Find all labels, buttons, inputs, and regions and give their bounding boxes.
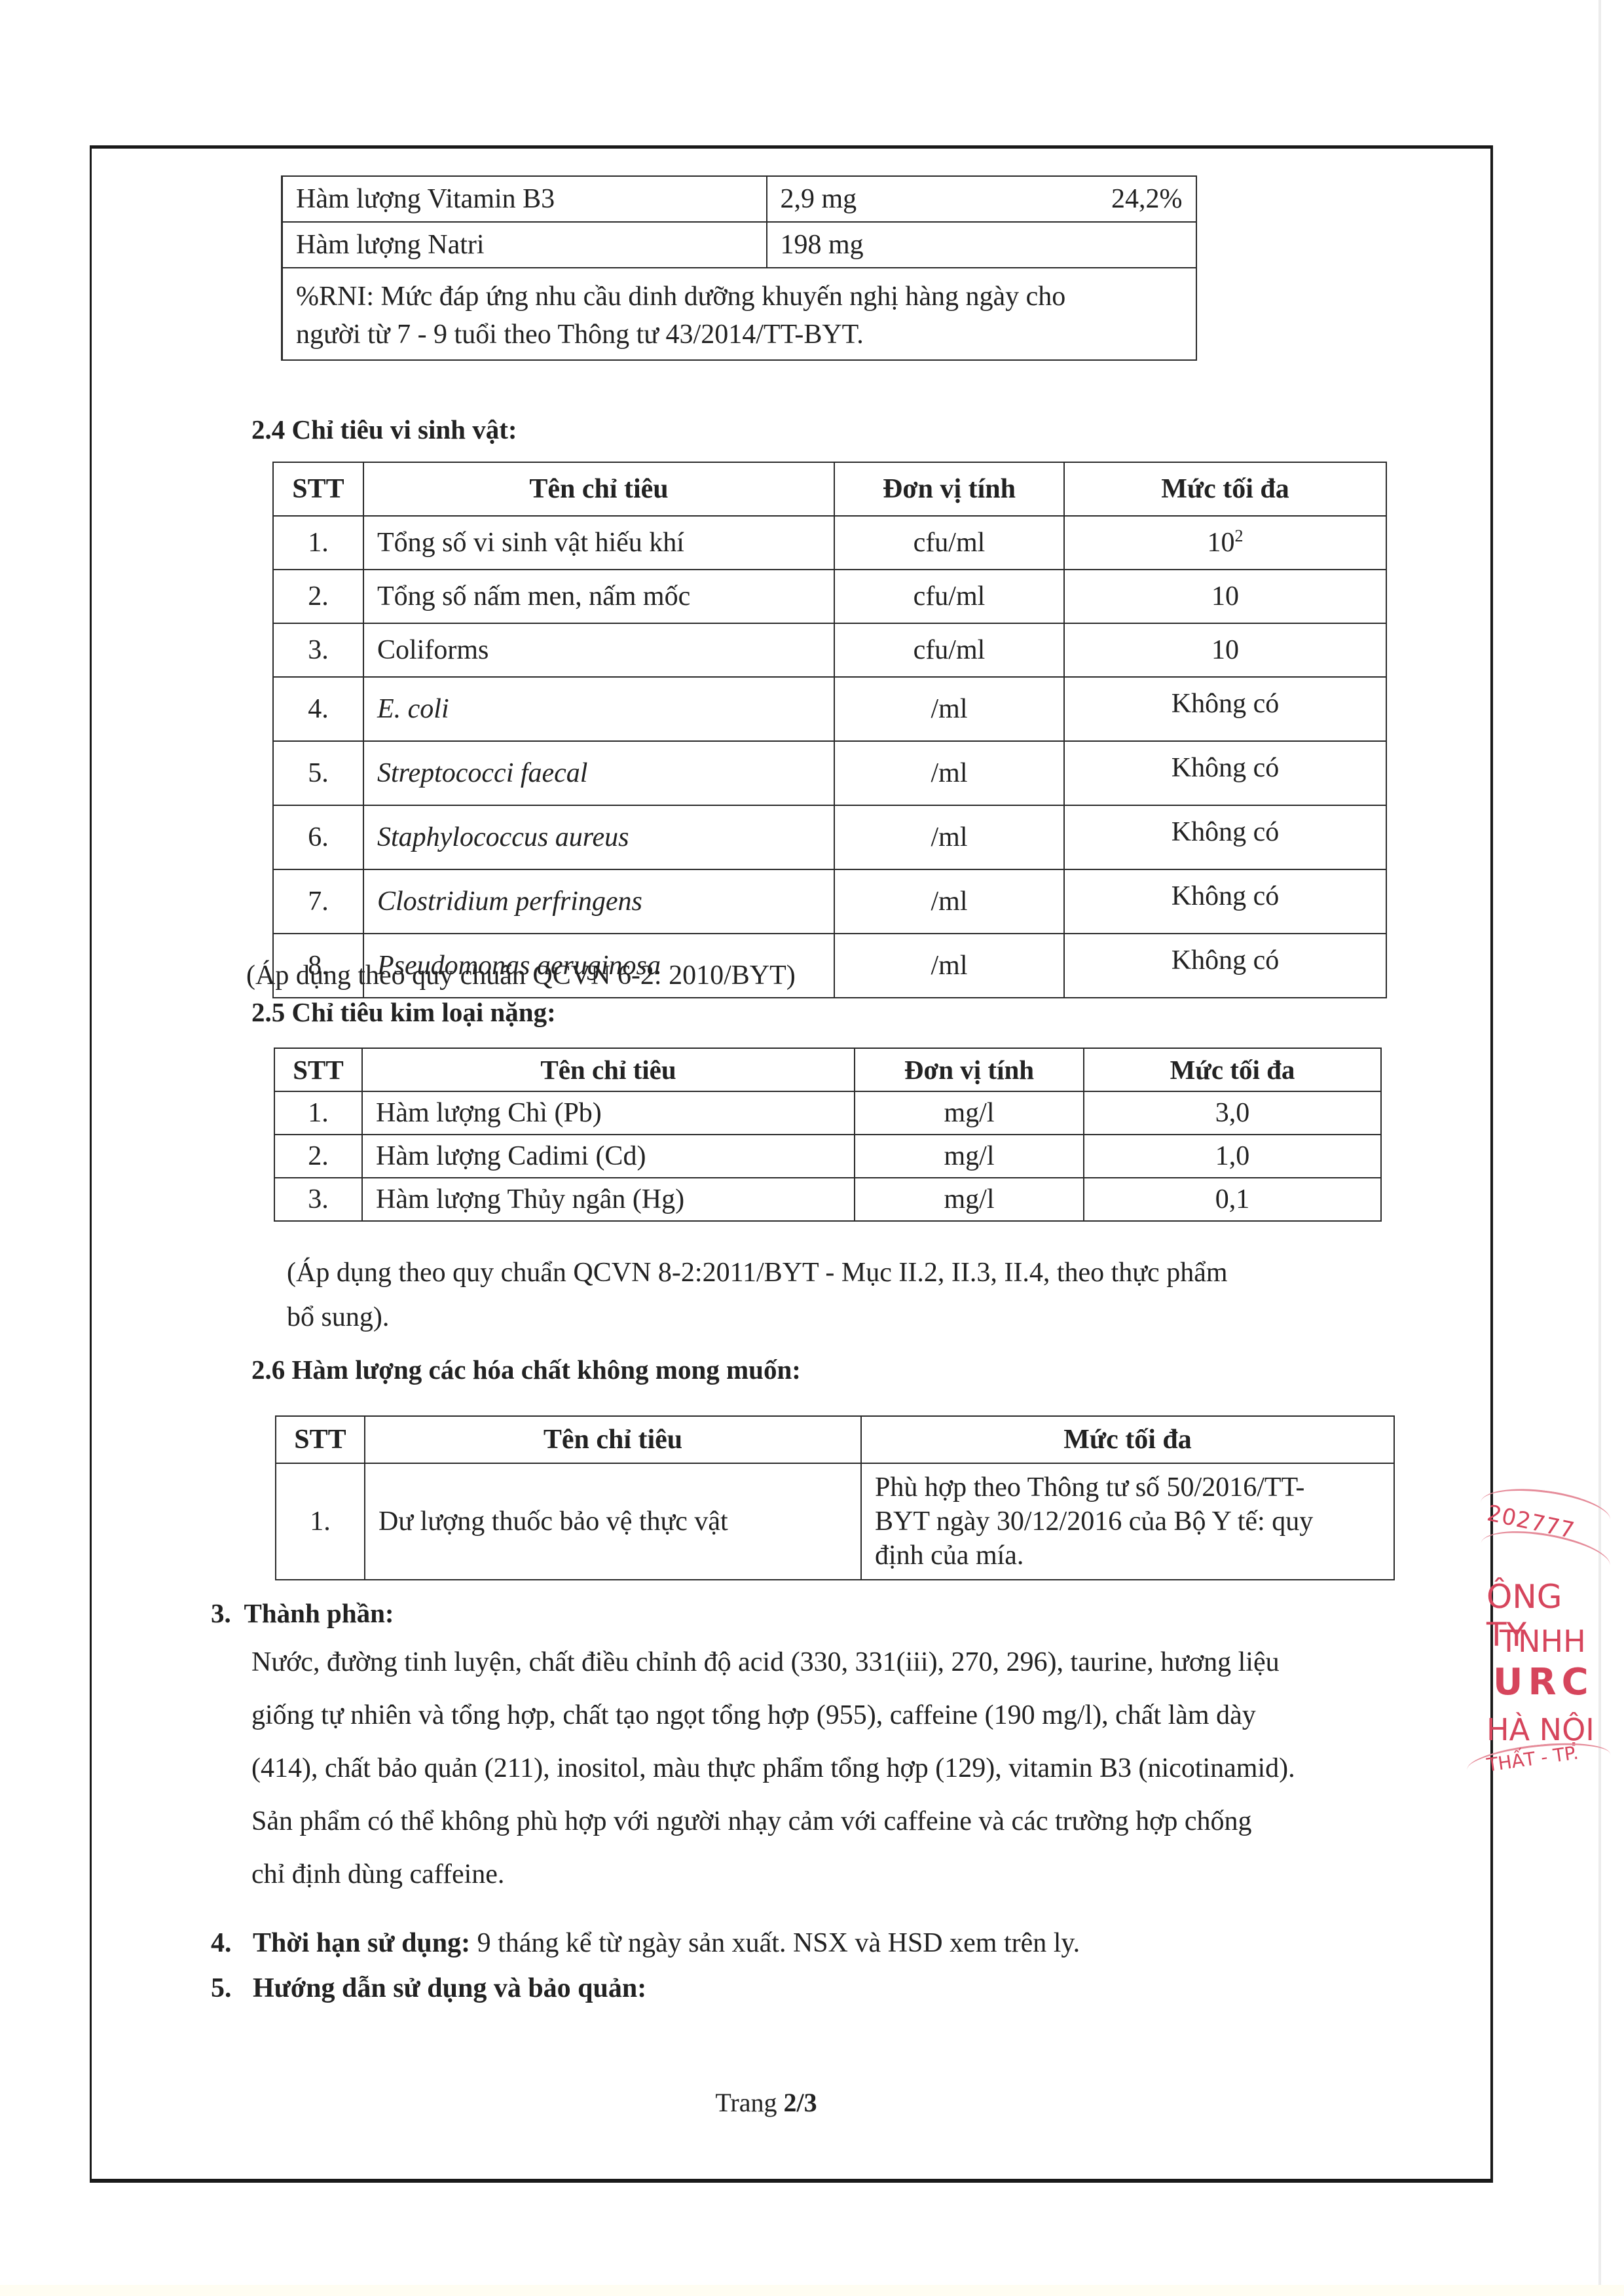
unit: cfu/ml [834,623,1064,677]
row-number: 1. [276,1463,365,1580]
shelf-life-text: 9 tháng kể từ ngày sản xuất. NSX và HSD … [470,1928,1080,1958]
max-value-line: BYT ngày 30/12/2016 của Bộ Y tế: quy [875,1504,1380,1539]
ingredients-line: (414), chất bảo quản (211), inositol, mà… [251,1753,1295,1784]
nutrient-name: Hàm lượng Natri [282,222,767,268]
company-stamp: 202777 ÔNG TY TNHH URC HÀ NỘI THẤT - TP. [1486,1489,1611,1777]
stamp-text: URC [1493,1661,1594,1704]
rni-note-line: %RNI: Mức đáp ứng nhu cầu dinh dưỡng khu… [296,278,1183,316]
rni-note: %RNI: Mức đáp ứng nhu cầu dinh dưỡng khu… [282,268,1196,360]
max-value: Phù hợp theo Thông tư số 50/2016/TT- BYT… [861,1463,1394,1580]
table-row: 1. Dư lượng thuốc bảo vệ thực vật Phù hợ… [276,1463,1394,1580]
max-value: Không có [1064,934,1386,998]
max-value: Không có [1064,869,1386,934]
criterion-name: Tổng số vi sinh vật hiếu khí [363,516,834,570]
criterion-name: Dư lượng thuốc bảo vệ thực vật [365,1463,861,1580]
rni-note-line: người từ 7 - 9 tuổi theo Thông tư 43/201… [296,316,1183,354]
unit: /ml [834,934,1064,998]
criterion-name: Staphylococcus aureus [363,805,834,869]
usage-storage-label: Hướng dẫn sử dụng và bảo quản: [253,1973,646,2003]
nutrient-amount: 2,9 mg [767,176,1003,222]
unit: /ml [834,741,1064,805]
max-value: 102 [1064,516,1386,570]
max-value-exponent: 2 [1235,526,1244,545]
max-value-base: 10 [1208,528,1235,558]
regulation-note-2-5: (Áp dụng theo quy chuẩn QCVN 8-2:2011/BY… [287,1257,1228,1288]
ingredients-line: chỉ định dùng caffeine. [251,1859,504,1890]
unit: cfu/ml [834,570,1064,623]
row-number: 3. [273,623,363,677]
criterion-name: Coliforms [363,623,834,677]
microbiology-table: STT Tên chỉ tiêu Đơn vị tính Mức tối đa … [272,462,1387,998]
max-value-line: Phù hợp theo Thông tư số 50/2016/TT- [875,1470,1380,1504]
table-header-row: STT Tên chỉ tiêu Đơn vị tính Mức tối đa [273,462,1386,516]
section-heading-2-4: 2.4 Chỉ tiêu vi sinh vật: [251,414,517,445]
unit: /ml [834,677,1064,741]
table-row: 1. Hàm lượng Chì (Pb) mg/l 3,0 [274,1091,1381,1135]
table-row: 2. Hàm lượng Cadimi (Cd) mg/l 1,0 [274,1135,1381,1178]
stamp-text: HÀ NỘI [1486,1712,1595,1747]
table-row: 3. Hàm lượng Thủy ngân (Hg) mg/l 0,1 [274,1178,1381,1221]
stamp-text: TNHH [1500,1624,1586,1659]
scan-margin [0,2285,1624,2296]
column-header: Mức tối đa [1084,1048,1381,1091]
usage-storage: 5. Hướng dẫn sử dụng và bảo quản: [211,1973,646,2004]
column-header: Tên chỉ tiêu [365,1416,861,1463]
column-header: Mức tối đa [861,1416,1394,1463]
table-row: 6. Staphylococcus aureus /ml Không có [273,805,1386,869]
unwanted-chemicals-table: STT Tên chỉ tiêu Mức tối đa 1. Dư lượng … [275,1415,1395,1580]
row-number: 4. [273,677,363,741]
criterion-name: Tổng số nấm men, nấm mốc [363,570,834,623]
unit: mg/l [855,1091,1084,1135]
max-value: 0,1 [1084,1178,1381,1221]
row-number: 1. [274,1091,362,1135]
table-row: Hàm lượng Natri 198 mg [282,222,1196,268]
page-label: Trang [715,2088,783,2117]
max-value: Không có [1064,741,1386,805]
nutrient-rni: 24,2% [1003,176,1196,222]
row-number: 6. [273,805,363,869]
nutrition-table: Hàm lượng Vitamin B3 2,9 mg 24,2% Hàm lư… [281,175,1197,361]
row-number: 2. [273,570,363,623]
criterion-name: E. coli [363,677,834,741]
shelf-life: 4. Thời hạn sử dụng: 9 tháng kể từ ngày … [211,1927,1080,1959]
ingredients-line: Nước, đường tinh luyện, chất điều chỉnh … [251,1647,1280,1678]
ingredients-line: giống tự nhiên và tổng hợp, chất tạo ngọ… [251,1700,1256,1731]
max-value: Không có [1064,805,1386,869]
row-number: 3. [274,1178,362,1221]
page-edge [1598,0,1601,2296]
page-footer: Trang 2/3 [0,2087,1578,2118]
row-number: 1. [273,516,363,570]
column-header: STT [274,1048,362,1091]
table-row: Hàm lượng Vitamin B3 2,9 mg 24,2% [282,176,1196,222]
row-number: 2. [274,1135,362,1178]
section-heading-2-6: 2.6 Hàm lượng các hóa chất không mong mu… [251,1354,801,1385]
max-value: 10 [1064,623,1386,677]
regulation-note-2-4: (Áp dụng theo quy chuẩn QCVN 6-2: 2010/B… [246,960,796,991]
criterion-name: Hàm lượng Chì (Pb) [362,1091,855,1135]
nutrient-amount: 198 mg [767,222,1003,268]
table-row: 7. Clostridium perfringens /ml Không có [273,869,1386,934]
regulation-note-2-5-cont: bổ sung). [287,1302,389,1333]
table-row: 2. Tổng số nấm men, nấm mốc cfu/ml 10 [273,570,1386,623]
row-number: 7. [273,869,363,934]
column-header: STT [276,1416,365,1463]
section-heading-2-5: 2.5 Chỉ tiêu kim loại nặng: [251,996,556,1028]
table-row: 3. Coliforms cfu/ml 10 [273,623,1386,677]
max-value: 10 [1064,570,1386,623]
column-header: Mức tối đa [1064,462,1386,516]
unit: cfu/ml [834,516,1064,570]
column-header: STT [273,462,363,516]
section-number-5: 5. [211,1973,232,2003]
heavy-metals-table: STT Tên chỉ tiêu Đơn vị tính Mức tối đa … [274,1048,1382,1222]
unit: mg/l [855,1178,1084,1221]
unit: /ml [834,869,1064,934]
table-row: 5. Streptococci faecal /ml Không có [273,741,1386,805]
section-heading-3: 3. Thành phần: [211,1597,394,1629]
section-number-4: 4. [211,1928,232,1958]
table-header-row: STT Tên chỉ tiêu Đơn vị tính Mức tối đa [274,1048,1381,1091]
unit: mg/l [855,1135,1084,1178]
max-value-line: định của mía. [875,1539,1380,1573]
column-header: Tên chỉ tiêu [363,462,834,516]
ingredients-line: Sản phẩm có thể không phù hợp với người … [251,1806,1251,1837]
max-value: 1,0 [1084,1135,1381,1178]
unit: /ml [834,805,1064,869]
table-note-row: %RNI: Mức đáp ứng nhu cầu dinh dưỡng khu… [282,268,1196,360]
table-row: 4. E. coli /ml Không có [273,677,1386,741]
nutrient-name: Hàm lượng Vitamin B3 [282,176,767,222]
criterion-name: Clostridium perfringens [363,869,834,934]
row-number: 5. [273,741,363,805]
nutrient-rni [1003,222,1196,268]
criterion-name: Streptococci faecal [363,741,834,805]
table-row: 1. Tổng số vi sinh vật hiếu khí cfu/ml 1… [273,516,1386,570]
shelf-life-label: Thời hạn sử dụng: [253,1928,470,1958]
column-header: Đơn vị tính [855,1048,1084,1091]
table-header-row: STT Tên chỉ tiêu Mức tối đa [276,1416,1394,1463]
criterion-name: Hàm lượng Thủy ngân (Hg) [362,1178,855,1221]
max-value: 3,0 [1084,1091,1381,1135]
column-header: Tên chỉ tiêu [362,1048,855,1091]
page-number: 2/3 [783,2088,817,2117]
criterion-name: Hàm lượng Cadimi (Cd) [362,1135,855,1178]
max-value: Không có [1064,677,1386,741]
column-header: Đơn vị tính [834,462,1064,516]
